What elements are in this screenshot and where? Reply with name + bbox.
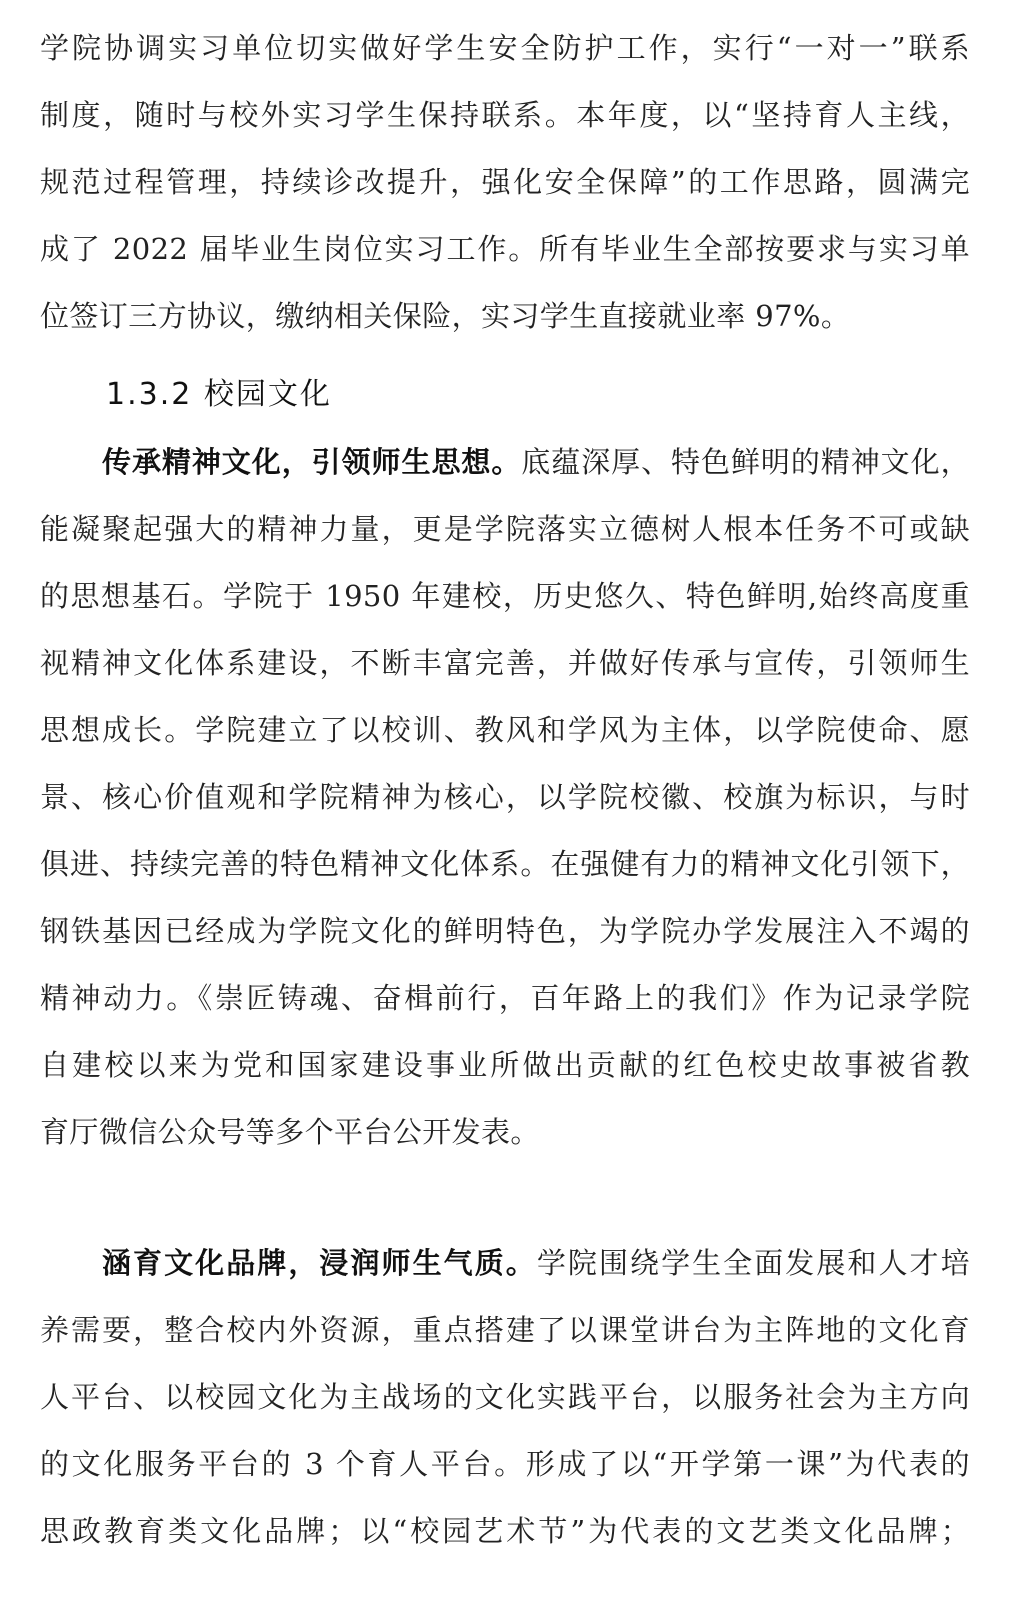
text-line: 钢铁基因已经成为学院文化的鲜明特色，为学院办学发展注入不竭的 xyxy=(40,911,970,951)
text-line: 位签订三方协议，缴纳相关保险，实习学生直接就业率 97%。 xyxy=(40,296,850,336)
text-line: 能凝聚起强大的精神力量，更是学院落实立德树人根本任务不可或缺 xyxy=(40,509,970,549)
text-line: 精神动力。《崇匠铸魂、奋楫前行，百年路上的我们》作为记录学院 xyxy=(40,978,970,1018)
paragraph-lead-line: 传承精神文化，引领师生思想。底蕴深厚、特色鲜明的精神文化， xyxy=(102,442,970,482)
paragraph-lead-bold: 涵育文化品牌，浸润师生气质。 xyxy=(102,1246,537,1280)
paragraph-lead-text: 学院围绕学生全面发展和人才培 xyxy=(537,1246,970,1280)
text-line: 学院协调实习单位切实做好学生安全防护工作，实行“一对一”联系 xyxy=(40,28,970,68)
text-line: 规范过程管理，持续诊改提升，强化安全保障”的工作思路，圆满完 xyxy=(40,162,970,202)
text-line: 成了 2022 届毕业生岗位实习工作。所有毕业生全部按要求与实习单 xyxy=(40,229,970,269)
paragraph-lead-text: 底蕴深厚、特色鲜明的精神文化， xyxy=(521,445,970,479)
paragraph-lead-line: 涵育文化品牌，浸润师生气质。学院围绕学生全面发展和人才培 xyxy=(102,1243,970,1283)
text-line: 思政教育类文化品牌；以“校园艺术节”为代表的文艺类文化品牌； xyxy=(40,1511,970,1551)
text-line: 视精神文化体系建设，不断丰富完善，并做好传承与宣传，引领师生 xyxy=(40,643,970,683)
text-line: 的文化服务平台的 3 个育人平台。形成了以“开学第一课”为代表的 xyxy=(40,1444,970,1484)
text-line: 制度，随时与校外实习学生保持联系。本年度，以“坚持育人主线， xyxy=(40,95,970,135)
text-line: 俱进、持续完善的特色精神文化体系。在强健有力的精神文化引领下， xyxy=(40,844,970,884)
text-line: 思想成长。学院建立了以校训、教风和学风为主体，以学院使命、愿 xyxy=(40,710,970,750)
text-line: 的思想基石。学院于 1950 年建校，历史悠久、特色鲜明,始终高度重 xyxy=(40,576,970,616)
text-line: 育厅微信公众号等多个平台公开发表。 xyxy=(40,1112,540,1152)
text-line: 人平台、以校园文化为主战场的文化实践平台，以服务社会为主方向 xyxy=(40,1377,970,1417)
section-heading: 1.3.2 校园文化 xyxy=(106,375,332,415)
paragraph-lead-bold: 传承精神文化，引领师生思想。 xyxy=(102,445,521,479)
text-line: 景、核心价值观和学院精神为核心，以学院校徽、校旗为标识，与时 xyxy=(40,777,970,817)
text-line: 自建校以来为党和国家建设事业所做出贡献的红色校史故事被省教 xyxy=(40,1045,970,1085)
text-line: 养需要，整合校内外资源，重点搭建了以课堂讲台为主阵地的文化育 xyxy=(40,1310,970,1350)
